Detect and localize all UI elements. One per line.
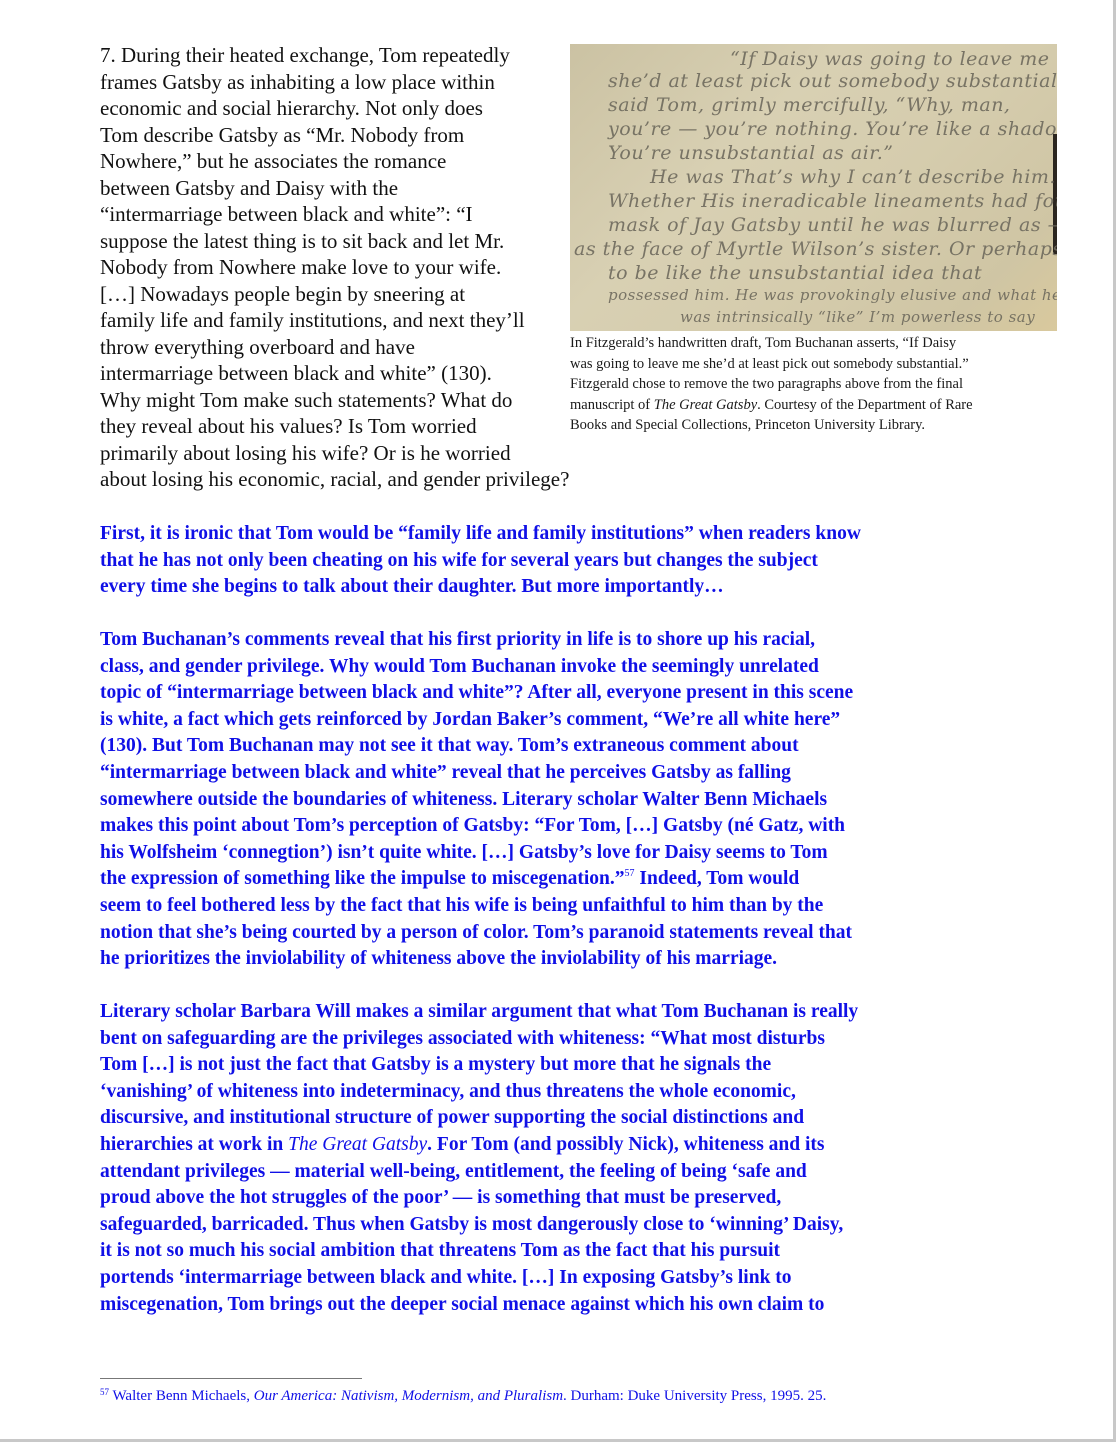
footnote: 57 Walter Benn Michaels, Our America: Na…	[100, 1388, 826, 1405]
paragraph-line: topic of “intermarriage between black an…	[100, 680, 1020, 707]
paragraph-line: it is not so much his social ambition th…	[100, 1238, 1020, 1265]
question-line: 7. During their heated exchange, Tom rep…	[100, 42, 620, 69]
caption-line: manuscript of The Great Gatsby. Courtesy…	[570, 395, 1058, 416]
handwritten-line: as the face of Myrtle Wilson’s sister. O…	[574, 238, 1057, 260]
paragraph-line: notion that she’s being courted by a per…	[100, 920, 1020, 947]
handwritten-line: You’re unsubstantial as air.”	[608, 142, 893, 164]
manuscript-figure: “If Daisy was going to leave meshe’d at …	[570, 44, 1058, 436]
paragraph-line: every time she begins to talk about thei…	[100, 574, 1020, 601]
question-line: throw everything overboard and have	[100, 334, 620, 361]
paragraph-line: class, and gender privilege. Why would T…	[100, 654, 1020, 681]
question-line: Nobody from Nowhere make love to your wi…	[100, 254, 620, 281]
paragraph-line: that he has not only been cheating on hi…	[100, 548, 1020, 575]
handwritten-line: was intrinsically “like” I’m powerless t…	[680, 308, 1035, 326]
caption-line: was going to leave me she’d at least pic…	[570, 354, 1058, 375]
paragraph-line: proud above the hot struggles of the poo…	[100, 1185, 1020, 1212]
paragraph-line: safeguarded, barricaded. Thus when Gatsb…	[100, 1212, 1020, 1239]
question-line: primarily about losing his wife? Or is h…	[100, 440, 620, 467]
question-line: Tom describe Gatsby as “Mr. Nobody from	[100, 122, 620, 149]
footnote-book-title: Our America: Nativism, Modernism, and Pl…	[254, 1388, 563, 1404]
question-line: intermarriage between black and white” (…	[100, 360, 620, 387]
handwritten-line: He was That’s why I can’t describe him.	[650, 166, 1056, 188]
paragraph-line: portends ‘intermarriage between black an…	[100, 1265, 1020, 1292]
handwritten-line: to be like the unsubstantial idea that	[608, 262, 982, 284]
paragraph-line: the expression of something like the imp…	[100, 866, 1020, 893]
answer-paragraph-1: First, it is ironic that Tom would be “f…	[100, 521, 1020, 601]
answer-paragraph-2: Tom Buchanan’s comments reveal that his …	[100, 627, 1020, 973]
handwritten-line: possessed him. He was provokingly elusiv…	[608, 286, 1057, 304]
paragraph-line: discursive, and institutional structure …	[100, 1105, 1020, 1132]
footnote-separator	[100, 1378, 362, 1379]
caption-line: Fitzgerald chose to remove the two parag…	[570, 374, 1058, 395]
question-line: […] Nowadays people begin by sneering at	[100, 281, 620, 308]
paragraph-line: bent on safeguarding are the privileges …	[100, 1026, 1020, 1053]
paragraph-line: somewhere outside the boundaries of whit…	[100, 787, 1020, 814]
paragraph-line: his Wolfsheim ‘connegtion’) isn’t quite …	[100, 840, 1020, 867]
paragraph-line: ‘vanishing’ of whiteness into indetermin…	[100, 1079, 1020, 1106]
question-line: they reveal about his values? Is Tom wor…	[100, 413, 620, 440]
question-line: about losing his economic, racial, and g…	[100, 466, 620, 493]
question-line: frames Gatsby as inhabiting a low place …	[100, 69, 620, 96]
handwritten-line: said Tom, grimly mercifully, “Why, man,	[608, 94, 1010, 116]
question-line: between Gatsby and Daisy with the	[100, 175, 620, 202]
question-line: Nowhere,” but he associates the romance	[100, 148, 620, 175]
paragraph-line: is white, a fact which gets reinforced b…	[100, 707, 1020, 734]
paragraph-line: he prioritizes the inviolability of whit…	[100, 946, 1020, 973]
paragraph-line: “intermarriage between black and white” …	[100, 760, 1020, 787]
handwritten-line: “If Daisy was going to leave me	[730, 48, 1050, 70]
paragraph-line: Tom Buchanan’s comments reveal that his …	[100, 627, 1020, 654]
manuscript-image: “If Daisy was going to leave meshe’d at …	[570, 44, 1057, 331]
caption-line: Books and Special Collections, Princeton…	[570, 415, 1058, 436]
footnote-reference[interactable]: 57	[625, 868, 635, 879]
paragraph-line: First, it is ironic that Tom would be “f…	[100, 521, 1020, 548]
discussion-question: 7. During their heated exchange, Tom rep…	[100, 42, 620, 493]
handwritten-line: mask of Jay Gatsby until he was blurred …	[608, 214, 1057, 236]
question-line: economic and social hierarchy. Not only …	[100, 95, 620, 122]
paragraph-line: makes this point about Tom’s perception …	[100, 813, 1020, 840]
question-line: Why might Tom make such statements? What…	[100, 387, 620, 414]
caption-line: In Fitzgerald’s handwritten draft, Tom B…	[570, 333, 1058, 354]
paragraph-line: miscegenation, Tom brings out the deeper…	[100, 1292, 1020, 1319]
handwritten-line: you’re — you’re nothing. You’re like a s…	[608, 118, 1057, 140]
paragraph-line: hierarchies at work in The Great Gatsby.…	[100, 1132, 1020, 1159]
book-title: The Great Gatsby	[288, 1134, 427, 1155]
answer-paragraph-3: Literary scholar Barbara Will makes a si…	[100, 999, 1020, 1318]
paragraph-line: Tom […] is not just the fact that Gatsby…	[100, 1052, 1020, 1079]
paragraph-line: Literary scholar Barbara Will makes a si…	[100, 999, 1020, 1026]
paragraph-line: attendant privileges — material well-bei…	[100, 1159, 1020, 1186]
handwritten-line: she’d at least pick out somebody substan…	[608, 70, 1057, 92]
paragraph-line: seem to feel bothered less by the fact t…	[100, 893, 1020, 920]
question-line: suppose the latest thing is to sit back …	[100, 228, 620, 255]
figure-caption: In Fitzgerald’s handwritten draft, Tom B…	[570, 333, 1058, 436]
handwritten-line: Whether His ineradicable lineaments had …	[608, 190, 1057, 212]
footnote-number: 57	[100, 1387, 109, 1397]
question-line: family life and family institutions, and…	[100, 307, 620, 334]
book-title: The Great Gatsby	[654, 397, 757, 413]
question-line: “intermarriage between black and white”:…	[100, 201, 620, 228]
paragraph-line: (130). But Tom Buchanan may not see it t…	[100, 733, 1020, 760]
